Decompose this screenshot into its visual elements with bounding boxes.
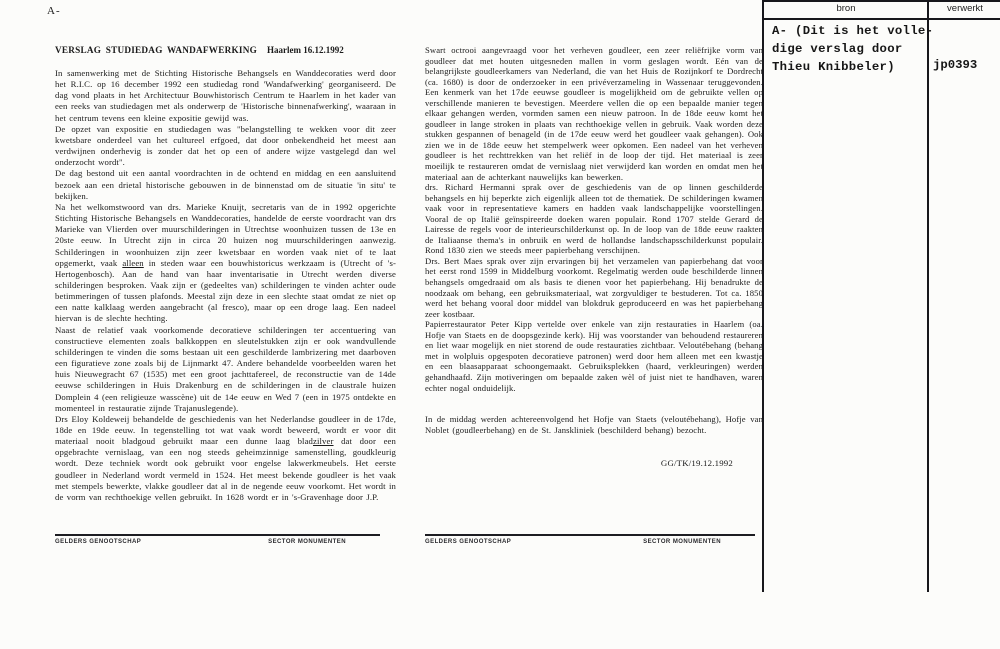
document-title: VERSLAG STUDIEDAG WANDAFWERKING [55, 45, 257, 55]
paragraph: Papierrestaurator Peter Kipp vertelde ov… [425, 319, 763, 393]
note-line: Thieu Knibbeler) [772, 58, 933, 76]
right-column: Swart octrooi aangevraagd voor het verhe… [425, 45, 763, 468]
note-line: A- (Dit is het volle- [772, 22, 933, 40]
footer-sector-label: SECTOR MONUMENTEN [643, 539, 721, 545]
processing-code: jp0393 [933, 58, 977, 72]
footer-sector-label: SECTOR MONUMENTEN [268, 539, 346, 545]
closing-paragraph: In de middag werden achtereenvolgend het… [425, 414, 763, 435]
column-divider-line [927, 2, 929, 592]
paragraph: drs. Richard Hermanni sprak over de gesc… [425, 182, 763, 256]
verwerkt-column-header: verwerkt [930, 3, 1000, 14]
corner-mark: A- [47, 5, 61, 17]
bron-column-header: bron [764, 3, 928, 14]
footer-right: GELDERS GENOOTSCHAP SECTOR MONUMENTEN [425, 534, 755, 545]
left-column: VERSLAG STUDIEDAG WANDAFWERKING Haarlem … [55, 45, 396, 503]
handwritten-source-note: A- (Dit is het volle- dige verslag door … [772, 22, 933, 76]
paragraph: Drs Eloy Koldeweij behandelde de geschie… [55, 414, 396, 503]
paragraph: De dag bestond uit een aantal voordracht… [55, 168, 396, 201]
footer-organisation-label: GELDERS GENOOTSCHAP [55, 539, 141, 545]
registration-panel: bron verwerkt A- (Dit is het volle- dige… [762, 0, 1000, 592]
paragraph: Drs. Bert Maes sprak over zijn ervaringe… [425, 256, 763, 319]
footer-left: GELDERS GENOOTSCHAP SECTOR MONUMENTEN [55, 534, 380, 545]
registration-panel-header: bron verwerkt [764, 2, 1000, 20]
document-header: VERSLAG STUDIEDAG WANDAFWERKING Haarlem … [55, 45, 396, 68]
paragraph: Naast de relatief vaak voorkomende decor… [55, 325, 396, 414]
paragraph: Na het welkomstwoord van drs. Marieke Kn… [55, 202, 396, 325]
sign-off: GG/TK/19.12.1992 [425, 458, 763, 468]
paragraph: In samenwerking met de Stichting Histori… [55, 68, 396, 124]
note-line: dige verslag door [772, 40, 933, 58]
document-date: Haarlem 16.12.1992 [267, 45, 344, 55]
paragraph: Swart octrooi aangevraagd voor het verhe… [425, 45, 763, 182]
footer-organisation-label: GELDERS GENOOTSCHAP [425, 539, 511, 545]
paragraph: De opzet van expositie en studiedagen wa… [55, 124, 396, 169]
